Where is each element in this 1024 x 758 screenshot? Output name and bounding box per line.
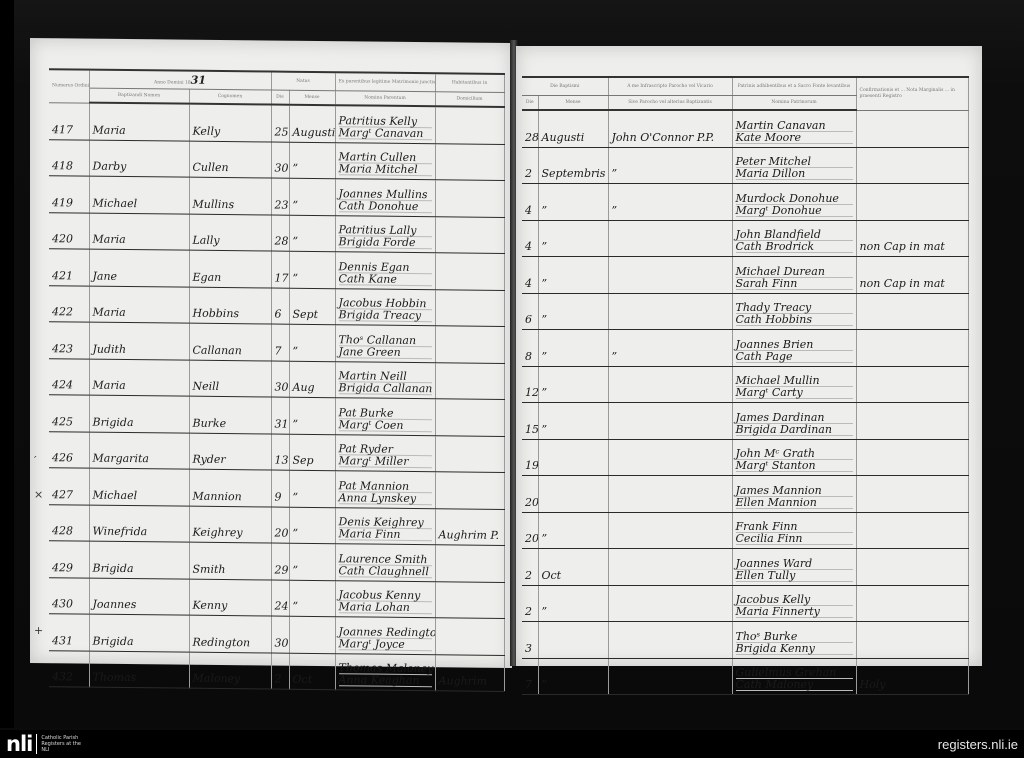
birth-day: 24: [271, 580, 289, 617]
register-entry-row: 4””Murdock DonohueMargᵗ Donohue: [522, 184, 968, 221]
register-entry-row: 422MariaHobbins6SeptJacobus HobbinBrigid…: [49, 285, 504, 326]
marginal-note: [856, 366, 968, 403]
baptism-day: 20: [522, 512, 538, 549]
register-entry-row: 423JudithCallanan7”Thoˢ CallananJane Gre…: [49, 322, 504, 363]
baptism-month: [538, 439, 608, 476]
marginal-note: [856, 549, 968, 586]
surname: Smith: [189, 542, 271, 579]
mother-name: Maria Mitchel: [339, 163, 432, 176]
nli-logo[interactable]: nli Catholic Parish Registers at the NLI: [6, 734, 87, 754]
baptism-month: ”: [538, 293, 608, 330]
mother-name: Kate Moore: [736, 132, 853, 144]
register-entry-row: 2”Jacobus KellyMaria Finnerty: [522, 585, 968, 622]
marginal-note: [856, 439, 968, 476]
parents-names: Martin NeillBrigida Callanan: [335, 361, 435, 399]
register-entry-row: 3Thoˢ BurkeBrigida Kenny: [522, 622, 968, 659]
minister: ”: [608, 184, 732, 221]
baptism-month: Septembris: [538, 147, 608, 184]
marginal-note: [856, 403, 968, 440]
surname: Maloney: [189, 652, 271, 689]
entry-number: 432: [49, 650, 89, 687]
father-name: Murdock Donohue: [736, 193, 853, 205]
parents-names: Denis KeighreyMaria Finn: [335, 507, 435, 545]
header-notes: Confirmationis et ... Nota Marginalis ..…: [856, 77, 968, 110]
baptism-day: 4: [522, 257, 538, 294]
birth-month: ”: [289, 178, 335, 215]
header-minister-group: A me Infrascripto Parocho vel Vicario: [608, 77, 732, 96]
entry-number: 428: [49, 504, 89, 541]
residence: [435, 253, 504, 290]
surname: Cullen: [189, 141, 271, 178]
minister: [608, 585, 732, 622]
parents-names: Patritius LallyBrigida Forde: [335, 215, 435, 253]
baptized-name: Brigida: [89, 541, 189, 579]
sponsors-names: Peter MitchelMaria Dillon: [732, 147, 856, 184]
birth-day: 17: [271, 251, 289, 288]
mother-name: Cath Maloney: [736, 679, 853, 691]
birth-day: 31: [271, 397, 289, 434]
baptism-day: 15: [522, 403, 538, 440]
baptism-month: ”: [538, 366, 608, 403]
parents-names: Dennis EganCath Kane: [335, 252, 435, 290]
birth-day: 29: [271, 543, 289, 580]
register-entry-row: 2OctJoannes WardEllen Tully: [522, 549, 968, 586]
register-entry-row: 20”Frank FinnCecilia Finn: [522, 512, 968, 549]
baptism-register-table-right: Die Baptismi A me Infrascripto Parocho v…: [522, 76, 969, 695]
header-baptism-date: Die Baptismi: [522, 77, 608, 96]
baptism-month: ”: [538, 585, 608, 622]
birth-day: 30: [271, 142, 289, 179]
header-baptized-name: Baptizandi Nomen: [89, 88, 189, 104]
header-year: Anno Domini 1831: [89, 70, 271, 90]
father-name: Martin Canavan: [736, 120, 853, 132]
mother-name: Cath Claughnell: [339, 565, 432, 578]
sponsors-names: Thady TreacyCath Hobbins: [732, 293, 856, 330]
register-entry-row: 6”Thady TreacyCath Hobbins: [522, 293, 968, 330]
header-residence: Domicilium: [435, 92, 504, 107]
baptized-name: Maria: [89, 286, 189, 324]
baptism-day: 6: [522, 293, 538, 330]
register-entry-row: 4”John BlandfieldCath Brodricknon Cap in…: [522, 220, 968, 257]
header-birth: Natus: [271, 72, 335, 91]
year-suffix: 31: [191, 74, 206, 87]
baptized-name: Brigida: [89, 395, 189, 433]
entry-number: 425: [49, 395, 89, 432]
surname: Hobbins: [189, 287, 271, 324]
baptized-name: Margarita: [89, 432, 189, 470]
register-entry-row: 7”Gulielmus GrehanCath MaloneyHoly: [522, 658, 968, 695]
marginal-note: [856, 110, 968, 147]
baptism-day: 4: [522, 220, 538, 257]
father-name: James Mannion: [736, 485, 853, 497]
birth-month: [289, 616, 335, 653]
minister: [608, 293, 732, 330]
parents-names: Martin CullenMaria Mitchel: [335, 142, 435, 180]
register-entry-row: 430JoannesKenny24”Jacobus KennyMaria Loh…: [49, 577, 504, 618]
header-month: Mense: [538, 96, 608, 111]
register-entry-row: 20James MannionEllen Mannion: [522, 476, 968, 513]
minister: ”: [608, 147, 732, 184]
minister: [608, 257, 732, 294]
parents-names: Pat BurkeMargᵗ Coen: [335, 398, 435, 436]
baptism-month: Augusti: [538, 110, 608, 147]
entry-number: 420: [49, 212, 89, 249]
baptism-day: 19: [522, 439, 538, 476]
baptism-month: ”: [538, 220, 608, 257]
residence: [435, 106, 504, 144]
baptized-name: Brigida: [89, 614, 189, 652]
sponsors-names: Murdock DonohueMargᵗ Donohue: [732, 184, 856, 221]
baptism-month: ”: [538, 658, 608, 695]
register-entry-row: 429BrigidaSmith29”Laurence SmithCath Cla…: [49, 541, 504, 582]
mother-name: Brigida Callanan: [339, 382, 432, 395]
baptized-name: Winefrida: [89, 505, 189, 543]
baptism-month: [538, 622, 608, 659]
father-name: Michael Durean: [736, 266, 853, 278]
baptism-day: 4: [522, 184, 538, 221]
birth-day: 6: [271, 288, 289, 325]
header-day: Die: [271, 90, 289, 105]
birth-day: 30: [271, 616, 289, 653]
surname: Burke: [189, 396, 271, 433]
birth-day: 13: [271, 434, 289, 471]
baptism-day: 2: [522, 147, 538, 184]
sponsors-names: Martin CanavanKate Moore: [732, 110, 856, 147]
sponsors-names: Joannes BrienCath Page: [732, 330, 856, 367]
father-name: Joannes Brien: [736, 339, 853, 351]
surname: Mannion: [189, 469, 271, 506]
birth-month: Augusti: [289, 105, 335, 142]
register-entry-row: 432ThomasMaloney2OctThomas MaloneyAnna K…: [49, 650, 504, 691]
residence: [435, 216, 504, 253]
register-entry-row: 4”Michael DureanSarah Finnnon Cap in mat: [522, 257, 968, 294]
register-entry-row: 419MichaelMullins23”Joannes MullinsCath …: [49, 176, 504, 217]
birth-month: ”: [289, 142, 335, 179]
register-entry-row: 2Septembris”Peter MitchelMaria Dillon: [522, 147, 968, 184]
father-name: James Dardinan: [736, 412, 853, 424]
register-entry-row: 420MariaLally28”Patritius LallyBrigida F…: [49, 212, 504, 253]
baptism-day: 20: [522, 476, 538, 513]
entry-number: 431: [49, 614, 89, 651]
marginal-note: [856, 184, 968, 221]
mother-name: Cath Page: [736, 351, 853, 363]
minister: John O'Connor P.P.: [608, 110, 732, 147]
parents-names: Pat RyderMargᵗ Miller: [335, 434, 435, 472]
margin-mark: ′: [34, 454, 37, 467]
residence: [435, 143, 504, 180]
birth-month: ”: [289, 251, 335, 288]
parents-names: Patritius KellyMargᵗ Canavan: [335, 105, 435, 143]
surname: Neill: [189, 360, 271, 397]
parents-names: Joannes MullinsCath Donohue: [335, 179, 435, 217]
mother-name: Ellen Mannion: [736, 497, 853, 509]
register-right-page: Die Baptismi A me Infrascripto Parocho v…: [516, 46, 982, 666]
father-name: Joannes Ward: [736, 558, 853, 570]
minister: [608, 658, 732, 695]
marginal-note: [856, 585, 968, 622]
sponsors-names: Jacobus KellyMaria Finnerty: [732, 585, 856, 622]
residence: [435, 399, 504, 436]
sponsors-names: James DardinanBrigida Dardinan: [732, 403, 856, 440]
mother-name: Sarah Finn: [736, 278, 853, 290]
header-number: Numerus Ordinis: [49, 69, 89, 102]
mother-name: Ellen Tully: [736, 570, 853, 582]
baptism-day: 3: [522, 622, 538, 659]
mother-name: Anna Keaghan: [339, 674, 432, 687]
register-entry-row: 428WinefridaKeighrey20”Denis KeighreyMar…: [49, 504, 504, 545]
register-left-page: Numerus Ordinis Anno Domini 1831 Natus E…: [30, 38, 512, 668]
residence: [435, 435, 504, 472]
footer-bar: nli Catholic Parish Registers at the NLI…: [0, 730, 1024, 758]
margin-mark: +: [34, 624, 43, 637]
mother-name: Margᵗ Stanton: [736, 460, 853, 472]
mother-name: Margᵗ Canavan: [339, 127, 432, 140]
birth-month: Oct: [289, 653, 335, 690]
register-entry-row: 421JaneEgan17”Dennis EganCath Kane: [49, 249, 504, 290]
marginal-note: [856, 622, 968, 659]
mother-name: Cecilia Finn: [736, 533, 853, 545]
residence: Aughrim: [435, 654, 504, 691]
baptism-month: ”: [538, 512, 608, 549]
parents-names: Thoˢ CallananJane Green: [335, 325, 435, 363]
marginal-note: [856, 293, 968, 330]
birth-month: Aug: [289, 361, 335, 398]
site-url-link[interactable]: registers.nli.ie: [938, 737, 1018, 752]
birth-month: Sept: [289, 288, 335, 325]
entry-number: 426: [49, 431, 89, 468]
register-entry-row: 424MariaNeill30AugMartin NeillBrigida Ca…: [49, 358, 504, 399]
baptized-name: Maria: [89, 359, 189, 397]
minister: [608, 549, 732, 586]
parents-names: Laurence SmithCath Claughnell: [335, 544, 435, 582]
surname: Lally: [189, 214, 271, 251]
mother-name: Maria Finn: [339, 528, 432, 541]
mother-name: Brigida Treacy: [339, 309, 432, 322]
minister: [608, 439, 732, 476]
header-day: Die: [522, 96, 538, 111]
birth-month: ”: [289, 580, 335, 617]
register-entry-row: 28AugustiJohn O'Connor P.P.Martin Canava…: [522, 110, 968, 147]
mother-name: Margᵗ Carty: [736, 387, 853, 399]
minister: [608, 403, 732, 440]
birth-day: 20: [271, 507, 289, 544]
birth-month: ”: [289, 397, 335, 434]
sponsors-names: Gulielmus GrehanCath Maloney: [732, 658, 856, 695]
baptized-name: Thomas: [89, 651, 189, 689]
parents-names: Jacobus HobbinBrigida Treacy: [335, 288, 435, 326]
residence: [435, 326, 504, 363]
birth-month: ”: [289, 543, 335, 580]
birth-day: 9: [271, 470, 289, 507]
register-entry-row: 15”James DardinanBrigida Dardinan: [522, 403, 968, 440]
mother-name: Maria Lohan: [339, 601, 432, 614]
parents-names: Thomas MaloneyAnna Keaghan: [335, 653, 435, 691]
birth-month: ”: [289, 507, 335, 544]
baptized-name: Maria: [89, 213, 189, 251]
sponsors-names: Michael DureanSarah Finn: [732, 257, 856, 294]
surname: Redington: [189, 615, 271, 652]
baptism-register-table-left: Numerus Ordinis Anno Domini 1831 Natus E…: [49, 68, 505, 692]
surname: Mullins: [189, 177, 271, 214]
baptized-name: Joannes: [89, 578, 189, 616]
mother-name: Anna Lynskey: [339, 492, 432, 505]
marginal-note: [856, 147, 968, 184]
baptism-month: ”: [538, 184, 608, 221]
parents-names: Pat MannionAnna Lynskey: [335, 471, 435, 509]
baptism-day: 2: [522, 549, 538, 586]
header-minister: Sive Parocho vel alterius Baptizantis: [608, 96, 732, 111]
nli-logo-text: Catholic Parish Registers at the NLI: [41, 735, 87, 753]
surname: Callanan: [189, 323, 271, 360]
sponsors-names: John BlandfieldCath Brodrick: [732, 220, 856, 257]
mother-name: Brigida Dardinan: [736, 424, 853, 436]
minister: [608, 220, 732, 257]
minister: [608, 622, 732, 659]
entry-number: 421: [49, 249, 89, 286]
baptism-day: 28: [522, 110, 538, 147]
mother-name: Cath Brodrick: [736, 241, 853, 253]
mother-name: Maria Dillon: [736, 168, 853, 180]
surname: Ryder: [189, 433, 271, 470]
surname: Egan: [189, 250, 271, 287]
mother-name: Margᵗ Donohue: [736, 205, 853, 217]
baptism-day: 7: [522, 658, 538, 695]
marginal-note: Holy: [856, 658, 968, 695]
register-entry-row: 427MichaelMannion9”Pat MannionAnna Lynsk…: [49, 468, 504, 509]
header-residence-group: Habitantibus in: [435, 73, 504, 92]
entry-number: 423: [49, 322, 89, 359]
baptism-month: ”: [538, 257, 608, 294]
birth-month: Sep: [289, 434, 335, 471]
marginal-note: [856, 476, 968, 513]
mother-name: Cath Hobbins: [736, 314, 853, 326]
marginal-note: non Cap in mat: [856, 257, 968, 294]
mother-name: Margᵗ Miller: [339, 455, 432, 468]
baptism-day: 2: [522, 585, 538, 622]
register-entry-row: 8””Joannes BrienCath Page: [522, 330, 968, 367]
logo-divider: [36, 734, 37, 754]
header-sponsors-group: Patrinis adhibentibus et a Sacro Fonte l…: [732, 77, 856, 96]
residence: [435, 545, 504, 582]
baptism-day: 12: [522, 366, 538, 403]
parents-names: Joannes RedingtonMargᵗ Joyce: [335, 617, 435, 655]
sponsors-names: Thoˢ BurkeBrigida Kenny: [732, 622, 856, 659]
mother-name: Jane Green: [339, 346, 432, 359]
minister: ”: [608, 330, 732, 367]
baptized-name: Michael: [89, 468, 189, 506]
entry-number: 427: [49, 468, 89, 505]
minister: [608, 476, 732, 513]
register-entry-row: 418DarbyCullen30”Martin CullenMaria Mitc…: [49, 139, 504, 180]
birth-day: 7: [271, 324, 289, 361]
entry-number: 419: [49, 176, 89, 213]
father-name: Thoˢ Burke: [736, 631, 853, 643]
birth-day: 23: [271, 178, 289, 215]
nli-logo-mark: nli: [6, 734, 32, 754]
entry-number: 424: [49, 358, 89, 395]
register-entry-row: 19John Mᶜ GrathMargᵗ Stanton: [522, 439, 968, 476]
mother-name: Maria Finnerty: [736, 606, 853, 618]
marginal-note: [856, 512, 968, 549]
baptism-month: [538, 476, 608, 513]
baptism-month: Oct: [538, 549, 608, 586]
baptism-month: ”: [538, 403, 608, 440]
surname: Kenny: [189, 579, 271, 616]
entry-number: 422: [49, 285, 89, 322]
marginal-note: non Cap in mat: [856, 220, 968, 257]
entry-number: 417: [49, 102, 89, 139]
surname: Kelly: [189, 104, 271, 142]
baptized-name: Jane: [89, 249, 189, 287]
residence: Aughrim P.: [435, 508, 504, 545]
surname: Keighrey: [189, 506, 271, 543]
mother-name: Cath Kane: [339, 273, 432, 286]
mother-name: Brigida Forde: [339, 236, 432, 249]
baptized-name: Darby: [89, 140, 189, 178]
margin-mark: ×: [34, 488, 43, 501]
register-entry-row: 12”Michael MullinMargᵗ Carty: [522, 366, 968, 403]
register-entry-row: 431BrigidaRedington30Joannes RedingtonMa…: [49, 614, 504, 655]
mother-name: Brigida Kenny: [736, 643, 853, 655]
residence: [435, 289, 504, 326]
register-entry-row: 417MariaKelly25AugustiPatritius KellyMar…: [49, 102, 504, 144]
birth-day: 30: [271, 361, 289, 398]
residence: [435, 618, 504, 655]
birth-day: 25: [271, 105, 289, 142]
marginal-note: [856, 330, 968, 367]
minister: [608, 366, 732, 403]
birth-day: 28: [271, 215, 289, 252]
entry-number: 429: [49, 541, 89, 578]
header-sponsors: Nomina Patrinorum: [732, 96, 856, 111]
baptism-day: 8: [522, 330, 538, 367]
sponsors-names: John Mᶜ GrathMargᵗ Stanton: [732, 439, 856, 476]
header-month: Mense: [289, 90, 335, 105]
residence: [435, 472, 504, 509]
register-entry-row: 426MargaritaRyder13SepPat RyderMargᵗ Mil…: [49, 431, 504, 472]
residence: [435, 180, 504, 217]
sponsors-names: Frank FinnCecilia Finn: [732, 512, 856, 549]
sponsors-names: Michael MullinMargᵗ Carty: [732, 366, 856, 403]
birth-month: ”: [289, 470, 335, 507]
sponsors-names: James MannionEllen Mannion: [732, 476, 856, 513]
residence: [435, 362, 504, 399]
residence: [435, 581, 504, 618]
parents-names: Jacobus KennyMaria Lohan: [335, 580, 435, 618]
birth-month: ”: [289, 324, 335, 361]
sponsors-names: Joannes WardEllen Tully: [732, 549, 856, 586]
header-parents-group: Ex parentibus legitime Matrimonio juncti…: [335, 72, 435, 92]
birth-month: ”: [289, 215, 335, 252]
mother-name: Margᵗ Joyce: [339, 638, 432, 651]
baptized-name: Michael: [89, 176, 189, 214]
baptized-name: Judith: [89, 322, 189, 360]
baptized-name: Maria: [89, 103, 189, 141]
baptism-month: ”: [538, 330, 608, 367]
birth-day: 2: [271, 653, 289, 690]
entry-number: 430: [49, 577, 89, 614]
header-surname: Cognomen: [189, 89, 271, 104]
image-viewer[interactable]: Numerus Ordinis Anno Domini 1831 Natus E…: [0, 0, 1024, 728]
mother-name: Margᵗ Coen: [339, 419, 432, 432]
viewer-left-edge: [0, 0, 14, 728]
header-parents: Nomina Parentum: [335, 91, 435, 107]
mother-name: Cath Donohue: [339, 200, 432, 213]
minister: [608, 512, 732, 549]
register-entry-row: 425BrigidaBurke31”Pat BurkeMargᵗ Coen: [49, 395, 504, 436]
entry-number: 418: [49, 139, 89, 176]
